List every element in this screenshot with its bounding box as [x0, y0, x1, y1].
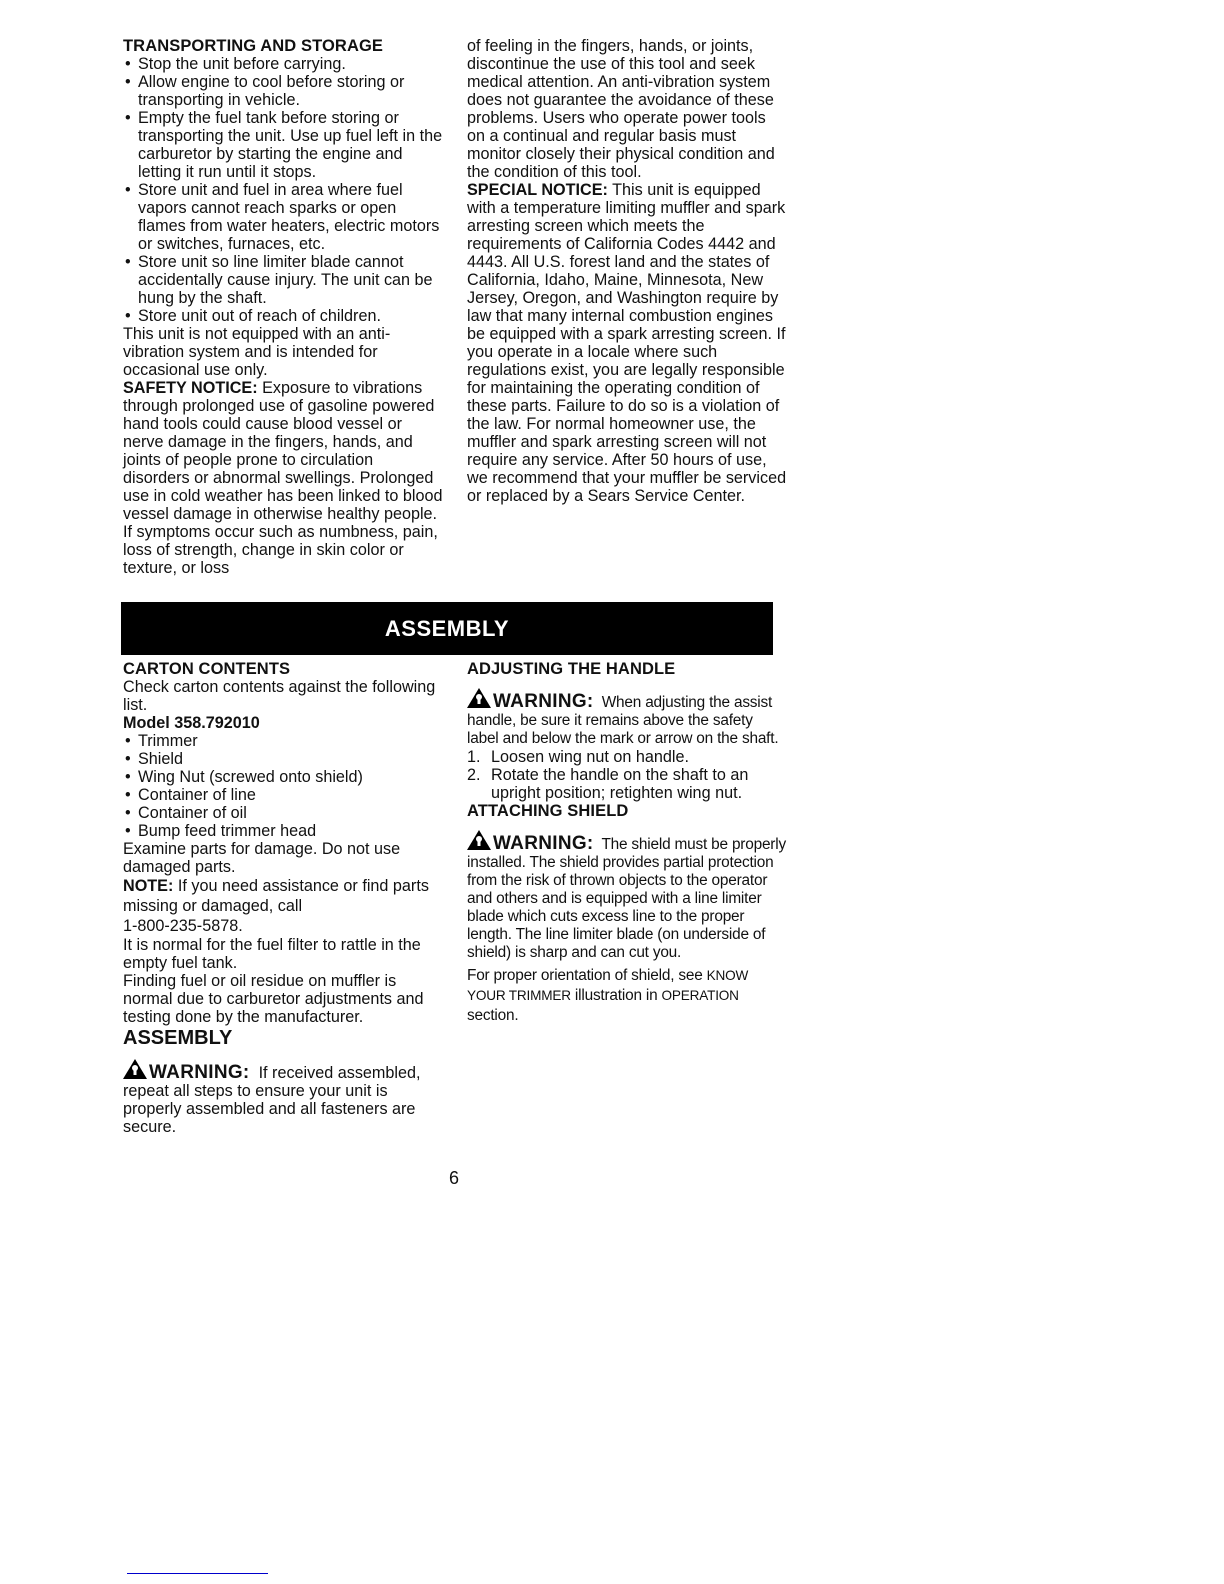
special-notice: SPECIAL NOTICE: This unit is equipped wi… — [467, 181, 787, 505]
list-item: Store unit so line limiter blade cannot … — [123, 253, 443, 307]
handle-shield-section: ADJUSTING THE HANDLE WARNING: When adjus… — [467, 660, 787, 1026]
anti-vibration-note: This unit is not equipped with an anti-v… — [123, 325, 443, 379]
handle-warning: WARNING: When adjusting the assist handl… — [467, 688, 787, 748]
list-item: Container of line — [123, 786, 443, 804]
note: NOTE: If you need assistance or find par… — [123, 876, 443, 916]
warning-icon — [123, 1059, 147, 1079]
list-item: Store unit and fuel in area where fuel v… — [123, 181, 443, 253]
transport-storage-heading: TRANSPORTING AND STORAGE — [123, 37, 443, 55]
list-item: Allow engine to cool before storing or t… — [123, 73, 443, 109]
warning-icon — [467, 688, 491, 708]
page-number: 6 — [449, 1168, 459, 1189]
list-item: Shield — [123, 750, 443, 768]
warning-text: The shield must be properly installed. T… — [467, 836, 786, 961]
assembly-warning: WARNING: If received assembled, repeat a… — [123, 1059, 443, 1136]
carton-contents-heading: CARTON CONTENTS — [123, 660, 443, 678]
safety-notice-continued: of feeling in the fingers, hands, or joi… — [467, 37, 787, 181]
handle-steps: 1.Loosen wing nut on handle. 2.Rotate th… — [467, 748, 787, 802]
assembly-heading: ASSEMBLY — [123, 1027, 443, 1049]
residue-text: Finding fuel or oil residue on muffler i… — [123, 972, 443, 1026]
list-item: Wing Nut (screwed onto shield) — [123, 768, 443, 786]
adjusting-handle-heading: ADJUSTING THE HANDLE — [467, 660, 787, 678]
examine-parts-text: Examine parts for damage. Do not use dam… — [123, 840, 443, 876]
warning-label: WARNING: — [493, 691, 594, 712]
list-item: Bump feed trimmer head — [123, 822, 443, 840]
operation-ref: OPERATION — [662, 988, 739, 1003]
warning-icon — [467, 830, 491, 850]
note-label: NOTE: — [123, 877, 173, 895]
list-item: Trimmer — [123, 732, 443, 750]
transport-storage-list: Stop the unit before carrying. Allow eng… — [123, 55, 443, 325]
model-number: Model 358.792010 — [123, 714, 443, 732]
shield-orientation-note: For proper orientation of shield, see KN… — [467, 966, 787, 1026]
safety-notice-text: Exposure to vibrations through prolonged… — [123, 379, 442, 577]
assembly-banner: ASSEMBLY — [121, 602, 773, 655]
list-item: 2.Rotate the handle on the shaft to an u… — [467, 766, 787, 802]
safety-notice-label: SAFETY NOTICE: — [123, 379, 258, 397]
carton-items-list: Trimmer Shield Wing Nut (screwed onto sh… — [123, 732, 443, 840]
list-item: 1.Loosen wing nut on handle. — [467, 748, 787, 766]
footer-line — [127, 1573, 268, 1574]
transport-storage-section: TRANSPORTING AND STORAGE Stop the unit b… — [123, 37, 443, 577]
shield-warning: WARNING: The shield must be properly ins… — [467, 830, 787, 962]
list-item: Store unit out of reach of children. — [123, 307, 443, 325]
carton-contents-section: CARTON CONTENTS Check carton contents ag… — [123, 660, 443, 1136]
list-item: Empty the fuel tank before storing or tr… — [123, 109, 443, 181]
notices-section: of feeling in the fingers, hands, or joi… — [467, 37, 787, 505]
attaching-shield-heading: ATTACHING SHIELD — [467, 802, 787, 820]
special-notice-label: SPECIAL NOTICE: — [467, 181, 608, 199]
list-item: Stop the unit before carrying. — [123, 55, 443, 73]
warning-label: WARNING: — [149, 1062, 250, 1083]
safety-notice: SAFETY NOTICE: Exposure to vibrations th… — [123, 379, 443, 577]
phone-number: 1-800-235-5878. — [123, 916, 443, 936]
rattle-text: It is normal for the fuel filter to ratt… — [123, 936, 443, 972]
list-item: Container of oil — [123, 804, 443, 822]
special-notice-text: This unit is equipped with a temperature… — [467, 181, 786, 505]
carton-intro: Check carton contents against the follow… — [123, 678, 443, 714]
warning-label: WARNING: — [493, 833, 594, 854]
